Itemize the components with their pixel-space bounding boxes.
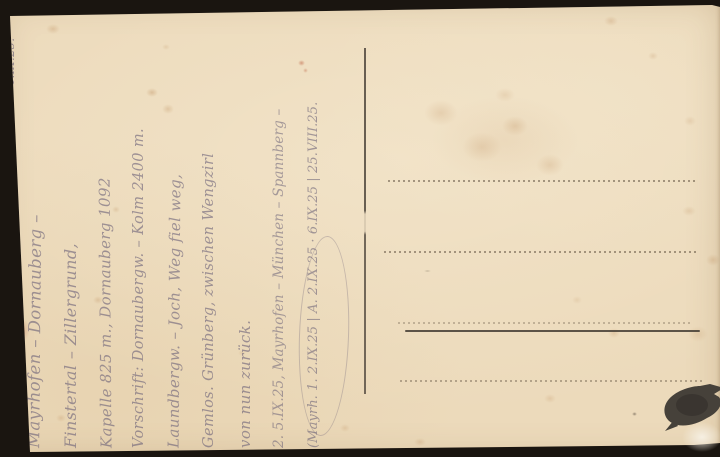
handwriting-line: Vorschrift: Dornaubergw. – Kolm 2400 m. (131, 30, 166, 448)
foxing-stain (682, 206, 696, 216)
address-line-3 (398, 322, 692, 324)
divider-line (364, 48, 366, 394)
foxing-stain (688, 326, 708, 342)
address-line-1 (388, 180, 697, 182)
handwriting-message: Mayrhofen – Dornauberg – Finstertal – Zi… (24, 30, 338, 448)
handwriting-line: Mayrhofen – Dornauberg – (24, 30, 63, 448)
foxing-stain (572, 296, 582, 304)
address-line-2 (384, 251, 698, 253)
address-line-solid (405, 330, 700, 332)
foxing-stain (430, 95, 580, 185)
foxing-stain (536, 154, 564, 176)
foxing-stain (706, 254, 720, 266)
foxing-stain (340, 424, 350, 432)
foxing-stain (495, 88, 515, 102)
handwriting-line: von nun zurück. (236, 30, 271, 448)
handwriting-line: Finstertal – Zillergrund, (61, 30, 96, 448)
foxing-stain (424, 270, 431, 272)
foxing-stain (544, 394, 556, 403)
handwriting-line: Laundbergw. – Joch, Weg fiel weg, (165, 30, 203, 448)
foxing-stain (648, 52, 658, 60)
foxing-stain (424, 100, 458, 126)
scuff-mark (682, 422, 720, 452)
handwriting-line: Gemlos. Grünberg, zwischen Wengzirl (201, 30, 236, 448)
foxing-stain (632, 412, 637, 416)
foxing-stain (684, 116, 696, 126)
postcard: Mayrhofen – Dornauberg – Finstertal – Zi… (0, 0, 720, 457)
foxing-stain (414, 438, 426, 446)
scan-background: Mayrhofen – Dornauberg – Finstertal – Zi… (0, 0, 720, 457)
foxing-stain (462, 132, 502, 162)
foxing-stain (604, 16, 618, 26)
handwriting-line: Kapelle 825 m., Dornauberg 1092 (95, 30, 133, 448)
foxing-stain (502, 116, 528, 136)
corner-date: 4.IX.25. (4, 10, 20, 86)
